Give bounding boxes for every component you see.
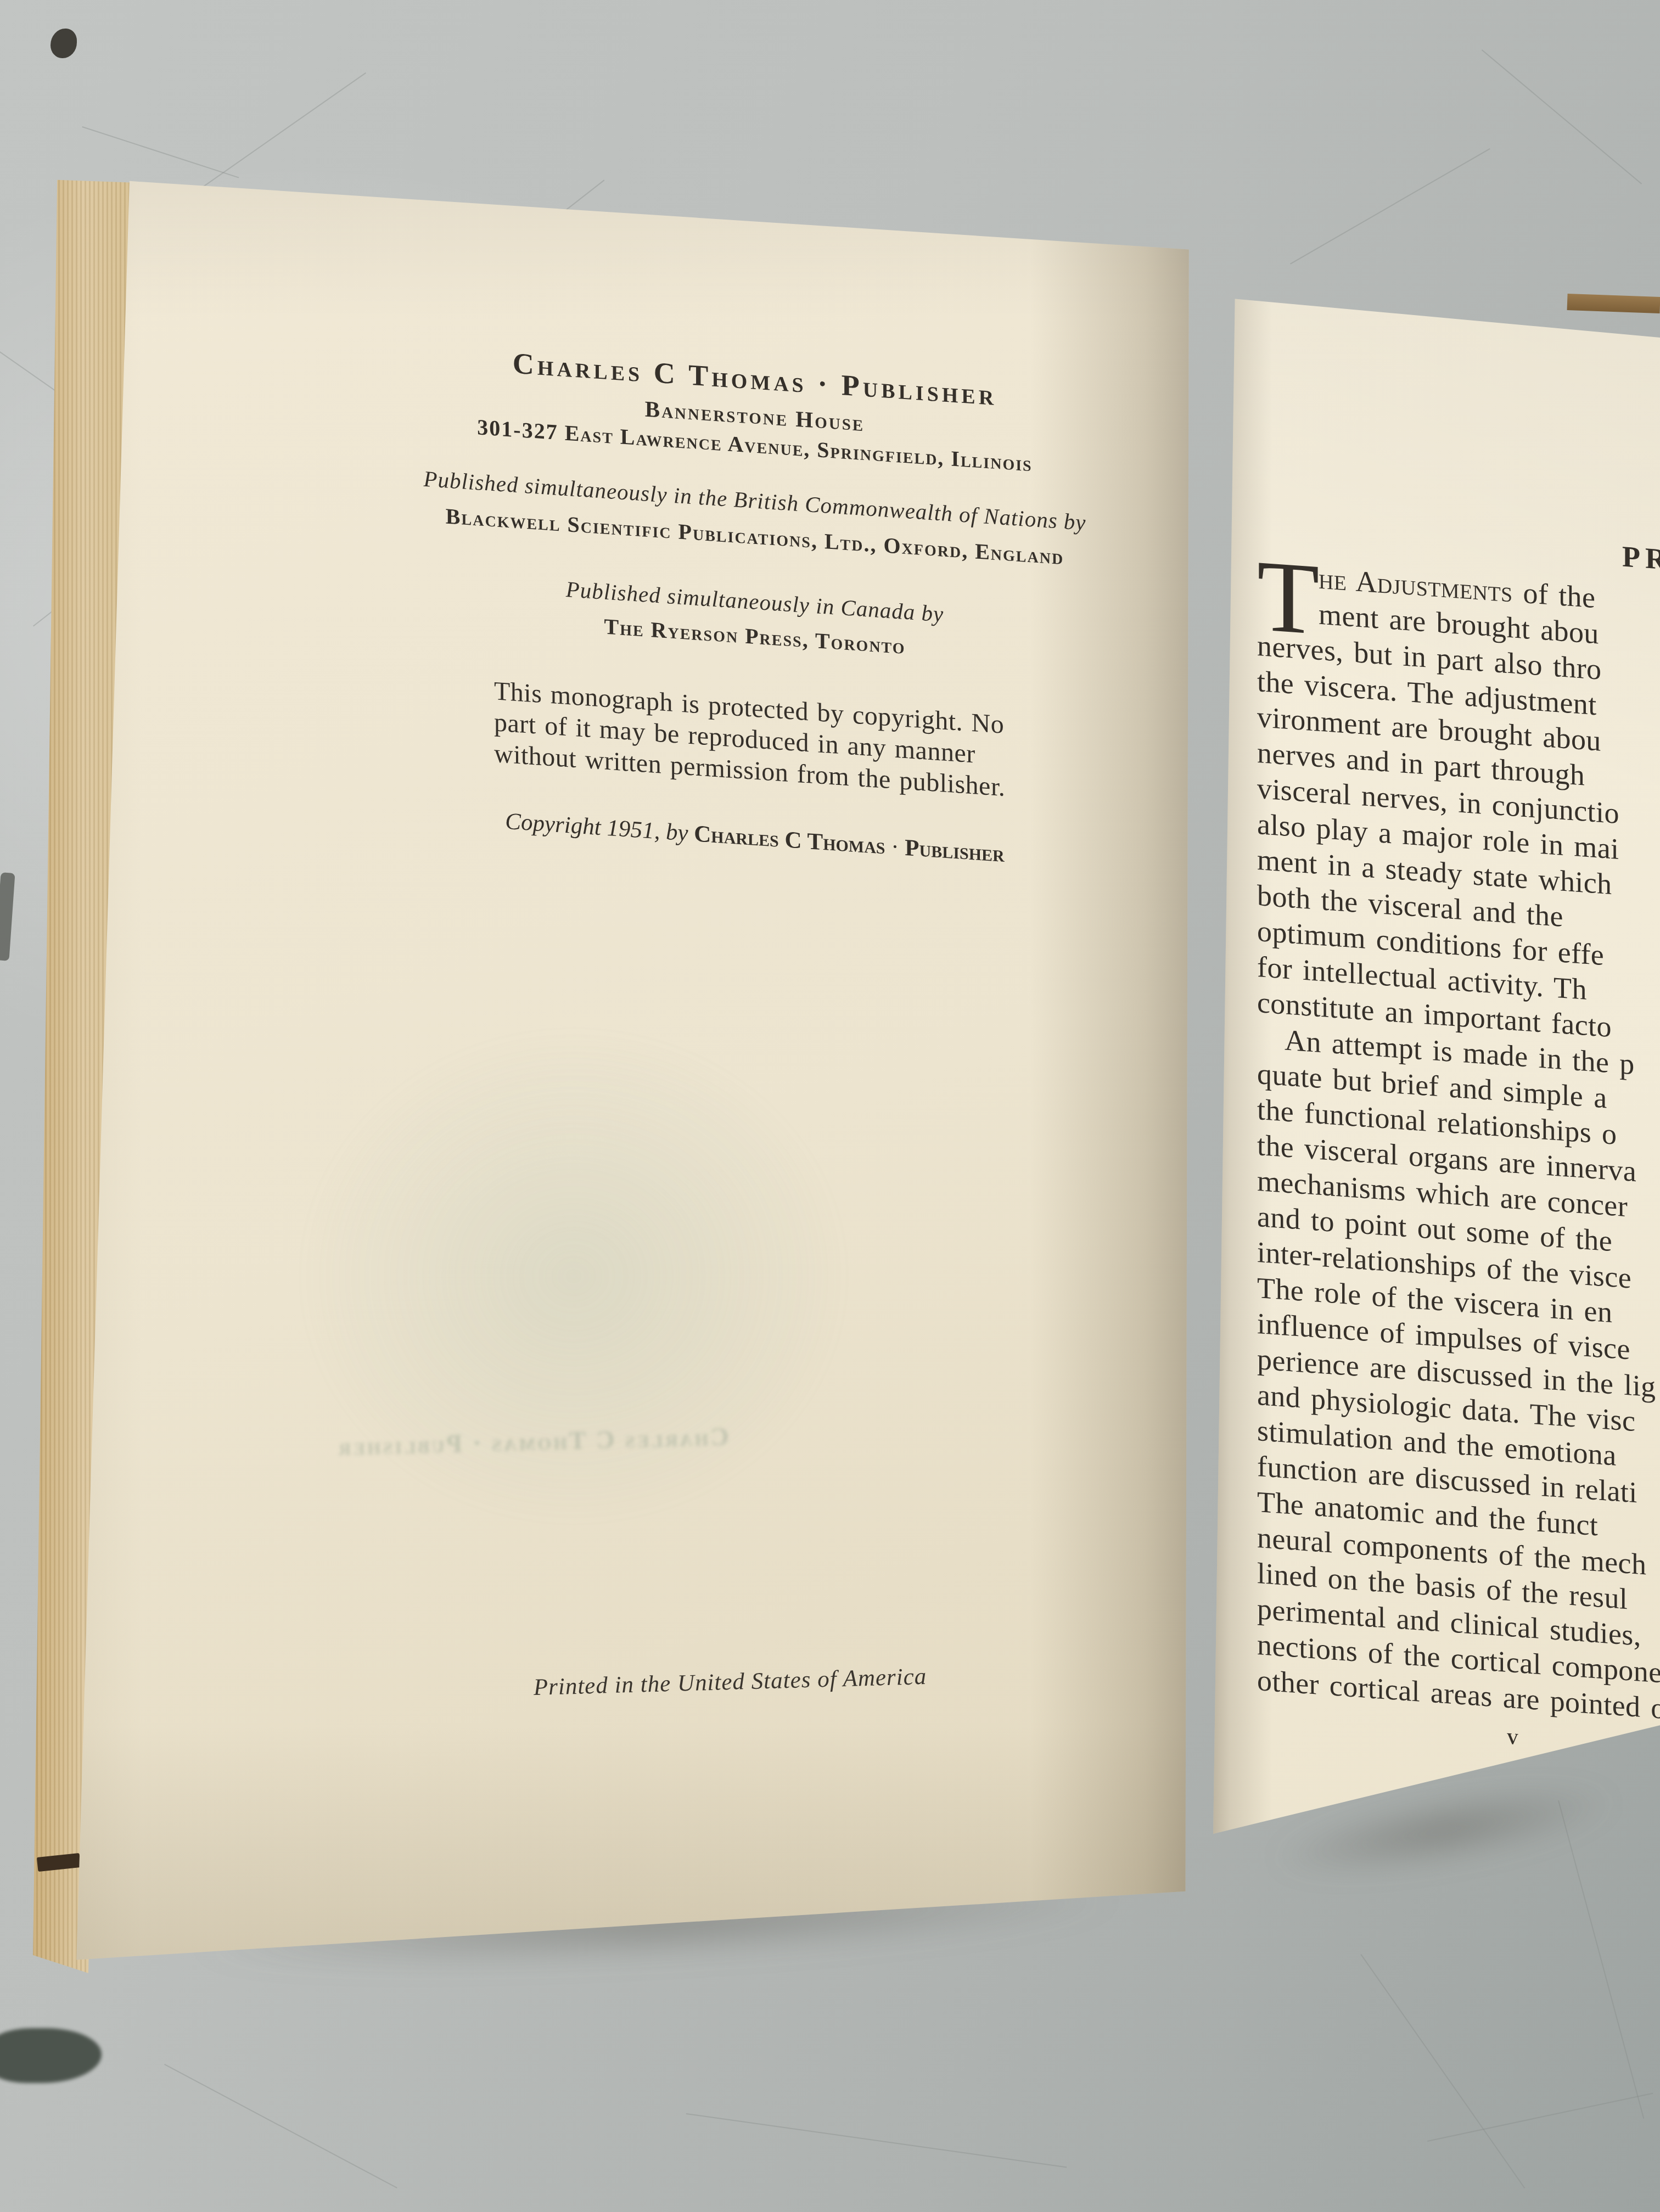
table-scratch — [1427, 2093, 1653, 2142]
table-edge-mark — [0, 872, 15, 961]
preface-dropcap: T — [1257, 554, 1320, 641]
copyright-name-part: Charles C Thomas — [694, 821, 885, 859]
table-scratch — [164, 2064, 397, 2188]
book-cover-edge-top-right — [1567, 294, 1660, 313]
preface-page-text: PREFACE T he Adjustments of the ment are… — [1257, 510, 1660, 1802]
book-photo: Charles C Thomas · Publisher Charles C T… — [0, 0, 1660, 2212]
table-scratch — [1290, 148, 1490, 265]
table-dark-speck — [51, 29, 77, 58]
table-scratch — [82, 126, 239, 178]
copyright-italic-part: Copyright 1951, by — [505, 809, 694, 847]
table-scratch — [1482, 49, 1642, 184]
copyright-publisher-part: Publisher — [905, 835, 1004, 867]
copyright-notice-block: This monograph is protected by copyright… — [494, 675, 1054, 806]
table-scratch — [1360, 1954, 1525, 2188]
copyright-year-line: Copyright 1951, by Charles C Thomas · Pu… — [505, 808, 1004, 868]
preface-title: PREFACE — [1622, 540, 1660, 586]
page-number: v — [1507, 1723, 1518, 1750]
copyright-page-text: Charles C Thomas · Publisher Bannerstone… — [384, 321, 1125, 1249]
copyright-separator: · — [885, 834, 905, 861]
table-scratch — [686, 2113, 1067, 2168]
table-smudge-bottom-left — [0, 2028, 102, 2083]
